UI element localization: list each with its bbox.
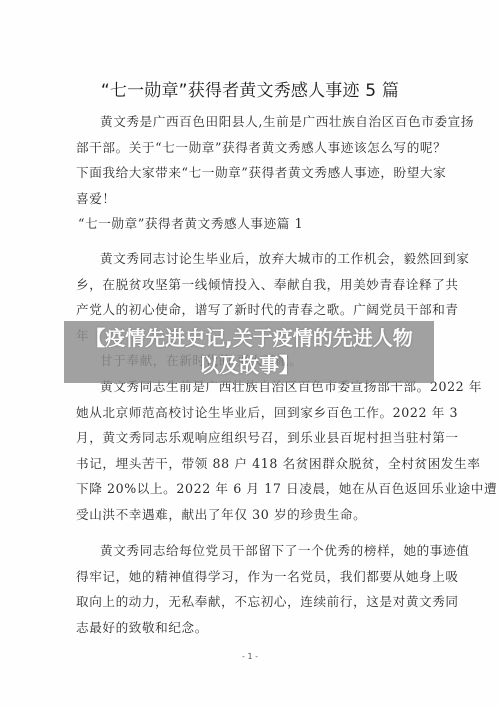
- text-line: 黄文秀同志给每位党员干部留下了一个优秀的榜样，她的事迹值: [76, 538, 424, 564]
- overlay-title-line-1: 【疫情先进史记,关于疫情的先进人物: [64, 325, 434, 352]
- text-line: 志最好的致敬和纪念。: [76, 615, 424, 641]
- section-heading-block: “七一勋章”获得者黄文秀感人事迹篇 1: [76, 211, 424, 237]
- overlay-title-line-2: 以及故事】: [64, 352, 434, 379]
- paragraph-3: 黄文秀同志给每位党员干部留下了一个优秀的榜样，她的事迹值 得牢记，她的精神值得学…: [76, 538, 424, 640]
- intro-paragraph: 黄文秀是广西百色田阳县人,生前是广西壮族自治区百色市委宣扬 部干部。关于“七一勋…: [76, 109, 424, 211]
- text-line: 得牢记，她的精神值得学习，作为一名党员，我们都要从她身上吸: [76, 564, 424, 590]
- document-page: “七一勋章”获得者黄文秀感人事迹 5 篇 黄文秀是广西百色田阳县人,生前是广西壮…: [0, 0, 500, 706]
- section-heading: “七一勋章”获得者黄文秀感人事迹篇 1: [76, 211, 424, 237]
- text-line: 黄文秀同志讨论生毕业后，放弃大城市的工作机会，毅然回到家: [76, 246, 424, 272]
- text-line: 下面我给大家带来“七一勋章”获得者黄文秀感人事迹，盼望大家: [76, 160, 424, 186]
- text-line: 受山洪不幸遇难，献出了年仅 30 岁的珍贵生命。: [76, 502, 424, 528]
- text-line: 喜爱！: [76, 186, 424, 212]
- text-line: 取向上的动力，无私奉献，不忘初心，连续前行，这是对黄文秀同: [76, 589, 424, 615]
- text-line: 她从北京师范高校讨论生毕业后，回到家乡百色工作。2022 年 3: [76, 400, 424, 426]
- text-line: 乡，在脱贫攻坚第一线倾情投入、奉献自我，用美妙青春诠释了共: [76, 272, 424, 298]
- text-line: 书记，埋头苦干，带领 88 户 418 名贫困群众脱贫，全村贫困发生率: [76, 451, 424, 477]
- document-title: “七一勋章”获得者黄文秀感人事迹 5 篇: [0, 76, 500, 101]
- text-line: 月，黄文秀同志乐观响应组织号召，到乐业县百坭村担当驻村第一: [76, 425, 424, 451]
- text-line: 部干部。关于“七一勋章”获得者黄文秀感人事迹该怎么写的呢？: [76, 135, 424, 161]
- paragraph-2: 黄文秀同志生前是广西壮族自治区百色市委宣扬部干部。2022 年 她从北京师范高校…: [76, 374, 424, 527]
- text-line: 黄文秀是广西百色田阳县人,生前是广西壮族自治区百色市委宣扬: [76, 109, 424, 135]
- text-line: 产党人的初心使命，谱写了新时代的青春之歌。广阔党员干部和青: [76, 297, 424, 323]
- page-number: - 1 -: [0, 652, 500, 661]
- overlay-title: 【疫情先进史记,关于疫情的先进人物 以及故事】: [64, 321, 434, 379]
- text-line: 下降 20%以上。2022 年 6 月 17 日凌晨，她在从百色返回乐业途中遭: [76, 476, 424, 502]
